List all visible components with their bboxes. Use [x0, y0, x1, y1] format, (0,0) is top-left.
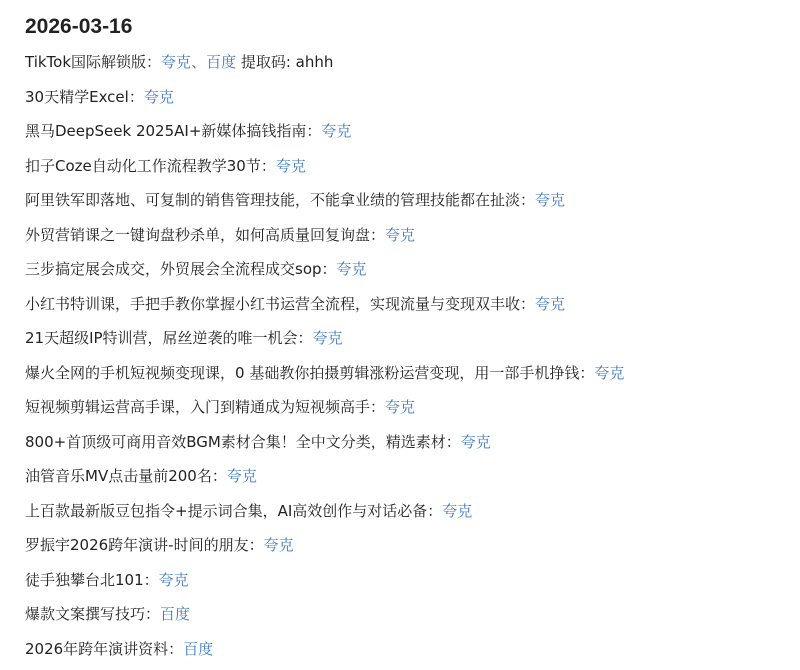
- item-label: 阿里铁军即落地、可复制的销售管理技能，不能拿业绩的管理技能都在扯淡：: [25, 191, 535, 209]
- item-label: 30天精学Excel：: [25, 88, 144, 106]
- list-item: 外贸营销课之一键询盘秒杀单，如何高质量回复询盘：夸克: [25, 218, 800, 253]
- item-label: TikTok国际解锁版：: [25, 53, 161, 71]
- baidu-link[interactable]: 百度: [183, 640, 213, 658]
- quark-link[interactable]: 夸克: [159, 571, 189, 589]
- list-item: 阿里铁军即落地、可复制的销售管理技能，不能拿业绩的管理技能都在扯淡：夸克: [25, 183, 800, 218]
- list-item: 黑马DeepSeek 2025AI+新媒体搞钱指南：夸克: [25, 114, 800, 149]
- item-label: 上百款最新版豆包指令+提示词合集，AI高效创作与对话必备：: [25, 502, 442, 520]
- quark-link[interactable]: 夸克: [461, 433, 491, 451]
- list-item: 21天超级IP特训营，屌丝逆袭的唯一机会：夸克: [25, 321, 800, 356]
- list-item: 小红书特训课，手把手教你掌握小红书运营全流程，实现流量与变现双丰收：夸克: [25, 287, 800, 322]
- quark-link[interactable]: 夸克: [337, 260, 367, 278]
- resource-list-page: 2026-03-16 TikTok国际解锁版：夸克、百度 提取码: ahhh 3…: [0, 0, 800, 666]
- list-item: 徒手独攀台北101：夸克: [25, 563, 800, 598]
- quark-link[interactable]: 夸克: [276, 157, 306, 175]
- item-label: 罗振宇2026跨年演讲-时间的朋友：: [25, 536, 264, 554]
- list-item: 2026年跨年演讲资料：百度: [25, 632, 800, 667]
- baidu-link[interactable]: 百度: [160, 605, 190, 623]
- list-item: 800+首顶级可商用音效BGM素材合集！全中文分类，精选素材：夸克: [25, 425, 800, 460]
- item-label: 小红书特训课，手把手教你掌握小红书运营全流程，实现流量与变现双丰收：: [25, 295, 535, 313]
- baidu-link[interactable]: 百度: [206, 53, 236, 71]
- item-label: 2026年跨年演讲资料：: [25, 640, 183, 658]
- list-item: TikTok国际解锁版：夸克、百度 提取码: ahhh: [25, 45, 800, 80]
- quark-link[interactable]: 夸克: [161, 53, 191, 71]
- quark-link[interactable]: 夸克: [385, 398, 415, 416]
- item-label: 外贸营销课之一键询盘秒杀单，如何高质量回复询盘：: [25, 226, 385, 244]
- item-label: 扣子Coze自动化工作流程教学30节：: [25, 157, 276, 175]
- quark-link[interactable]: 夸克: [321, 122, 351, 140]
- extraction-code: 提取码: ahhh: [236, 53, 333, 71]
- list-item: 罗振宇2026跨年演讲-时间的朋友：夸克: [25, 528, 800, 563]
- list-item: 爆款文案撰写技巧：百度: [25, 597, 800, 632]
- list-item: 上百款最新版豆包指令+提示词合集，AI高效创作与对话必备：夸克: [25, 494, 800, 529]
- item-label: 短视频剪辑运营高手课，入门到精通成为短视频高手：: [25, 398, 385, 416]
- quark-link[interactable]: 夸克: [442, 502, 472, 520]
- quark-link[interactable]: 夸克: [264, 536, 294, 554]
- list-item: 三步搞定展会成交，外贸展会全流程成交sop：夸克: [25, 252, 800, 287]
- list-item: 30天精学Excel：夸克: [25, 80, 800, 115]
- quark-link[interactable]: 夸克: [313, 329, 343, 347]
- list-item: 扣子Coze自动化工作流程教学30节：夸克: [25, 149, 800, 184]
- item-label: 爆款文案撰写技巧：: [25, 605, 160, 623]
- item-label: 爆火全网的手机短视频变现课，0 基础教你拍摄剪辑涨粉运营变现，用一部手机挣钱：: [25, 364, 594, 382]
- quark-link[interactable]: 夸克: [594, 364, 624, 382]
- quark-link[interactable]: 夸克: [535, 191, 565, 209]
- list-item: 爆火全网的手机短视频变现课，0 基础教你拍摄剪辑涨粉运营变现，用一部手机挣钱：夸…: [25, 356, 800, 391]
- quark-link[interactable]: 夸克: [227, 467, 257, 485]
- item-label: 800+首顶级可商用音效BGM素材合集！全中文分类，精选素材：: [25, 433, 461, 451]
- list-item: 油管音乐MV点击量前200名：夸克: [25, 459, 800, 494]
- link-separator: 、: [191, 53, 206, 71]
- item-label: 油管音乐MV点击量前200名：: [25, 467, 227, 485]
- list-item: 短视频剪辑运营高手课，入门到精通成为短视频高手：夸克: [25, 390, 800, 425]
- item-label: 三步搞定展会成交，外贸展会全流程成交sop：: [25, 260, 337, 278]
- quark-link[interactable]: 夸克: [144, 88, 174, 106]
- quark-link[interactable]: 夸克: [385, 226, 415, 244]
- item-label: 徒手独攀台北101：: [25, 571, 159, 589]
- date-heading: 2026-03-16: [25, 12, 800, 42]
- quark-link[interactable]: 夸克: [535, 295, 565, 313]
- item-label: 黑马DeepSeek 2025AI+新媒体搞钱指南：: [25, 122, 321, 140]
- item-label: 21天超级IP特训营，屌丝逆袭的唯一机会：: [25, 329, 313, 347]
